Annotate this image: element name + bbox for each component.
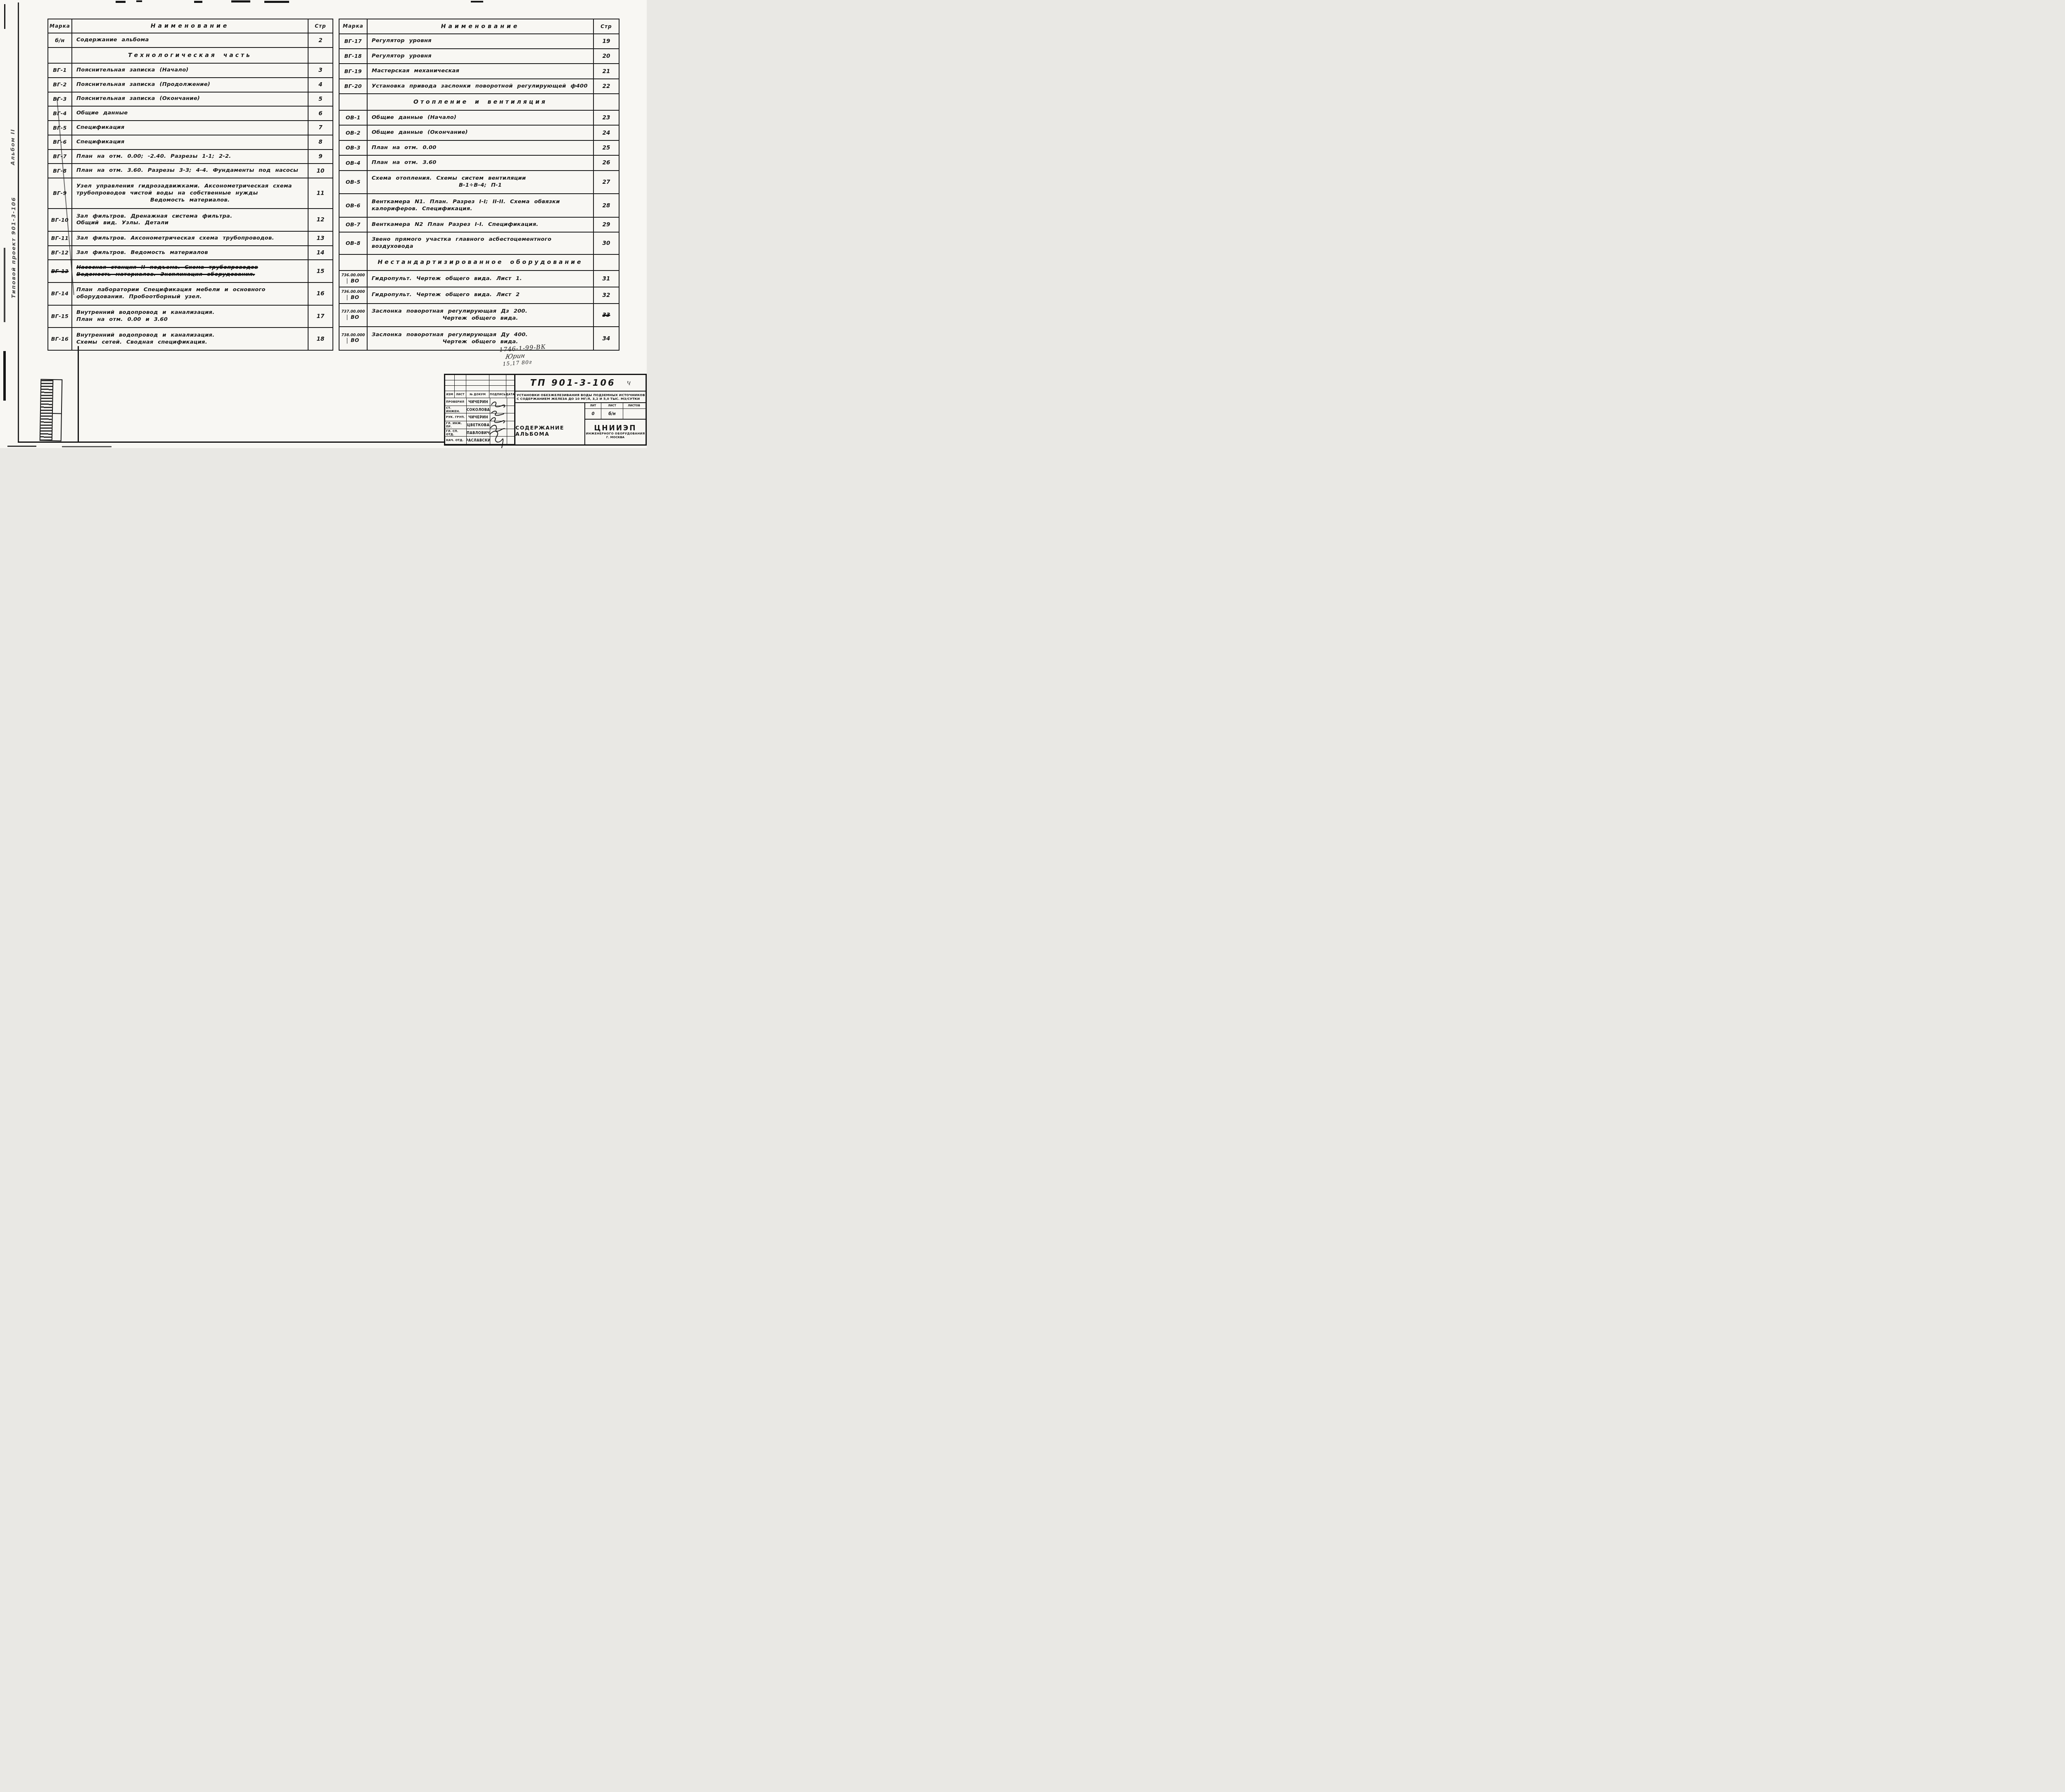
signature-role: Ст. инжен.: [445, 406, 467, 413]
row-name-line: План на отм. 0.00; -2.40. Разрезы 1-1; 2…: [76, 153, 304, 160]
row-name-line: Схема отопления. Схемы систем вентиляции: [372, 175, 589, 182]
row-mark: ВГ-11: [48, 232, 72, 245]
row-name-line: Узел управления гидрозадвижками. Аксоном…: [76, 183, 304, 190]
table-row: ВГ-16Внутренний водопровод и канализация…: [48, 327, 332, 350]
row-mark: ВГ-20: [339, 79, 368, 93]
row-page-number: 19: [593, 34, 619, 48]
table-row: ОВ-6Венткамера N1. План. Разрез I-I; II-…: [339, 193, 619, 217]
row-mark-suffix: ВО: [347, 278, 359, 284]
grid-header-cell: № ДОКУМ: [466, 391, 490, 398]
row-name-line: План на отм. 3.60. Разрезы 3-3; 4-4. Фун…: [76, 167, 304, 174]
table-row: ВГ-14План лаборатории Спецификация мебел…: [48, 282, 332, 305]
row-page-number: 18: [308, 328, 332, 350]
row-mark: ОВ-1: [339, 111, 368, 125]
date-field: [507, 421, 514, 429]
scan-edge-mark: [3, 351, 6, 401]
row-name-line: Венткамера N2 План Разрез I-I. Специфика…: [372, 221, 589, 228]
table-row: ОВ-8Звено прямого участка главного асбес…: [339, 232, 619, 254]
row-name-line: калориферов. Спецификация.: [372, 206, 589, 213]
row-name-line: Внутренний водопровод и канализация.: [76, 309, 304, 316]
row-mark: [339, 94, 368, 110]
row-name: Пояснительная записка (Окончание): [72, 93, 308, 106]
row-mark: ВГ-3: [48, 93, 72, 106]
section-title: Нестандартизированное оборудование: [372, 259, 589, 266]
row-name: Пояснительная записка (Продолжение): [72, 78, 308, 92]
row-name: Мастерская механическая: [368, 64, 593, 78]
row-name-line: Чертеж общего вида.: [372, 315, 589, 322]
table-row: 736.00.000ВОГидропульт. Чертеж общего ви…: [339, 270, 619, 287]
title-block-bottom: Содержание альбома ЛИТЛИСТЛИСТОВ0б/н ЦНИ…: [515, 403, 646, 444]
row-name-line: Пояснительная записка (Продолжение): [76, 81, 304, 88]
side-stamp-text-stripes: [40, 380, 52, 440]
row-mark: ОВ-5: [339, 171, 368, 194]
empty-grid-cell: [489, 375, 506, 380]
signature-name: Цветкова: [467, 421, 490, 429]
signature-row: ПроверилЧичерин: [445, 398, 514, 406]
row-name: Общие данные (Начало): [368, 111, 593, 125]
grid-header-cells: ИЗМЛИСТ№ ДОКУМПОДПИСЬДАТА: [445, 391, 514, 398]
table-row: 737.00.000ВОЗаслонка поворотная регулиру…: [339, 303, 619, 327]
row-mark: ОВ-6: [339, 194, 368, 217]
row-page-number: 25: [593, 141, 619, 155]
row-name-line: Зал фильтров. Дренажная система фильтра.: [76, 213, 304, 220]
row-name-line: Общие данные (Начало): [372, 114, 589, 121]
row-name-line: Гидропульт. Чертеж общего вида. Лист 1.: [372, 275, 589, 282]
organization-name: ЦНИИЭП: [594, 425, 636, 432]
column-header-name: Наименование: [368, 19, 593, 33]
row-mark: ОВ-7: [339, 218, 368, 232]
table-header-row: МаркаНаименованиеСтр: [48, 19, 332, 33]
row-name-line: Общий вид. Узлы. Детали: [76, 220, 304, 227]
row-mark: ВГ-4: [48, 107, 72, 120]
grid-header-cell: ИЗМ: [445, 391, 455, 398]
row-name: Гидропульт. Чертеж общего вида. Лист 1.: [368, 271, 593, 287]
title-block-signature-grid: ИЗМЛИСТ№ ДОКУМПОДПИСЬДАТА ПроверилЧичери…: [445, 375, 515, 444]
title-block-right: ТП 901-3-106 ч Установки обезжелезивания…: [515, 375, 646, 444]
signature-name: Чичерин: [467, 398, 490, 406]
table-row: ОВ-1Общие данные (Начало)23: [339, 110, 619, 125]
row-mark: 737.00.000ВО: [339, 304, 368, 327]
signature-name: Соколова: [467, 406, 490, 413]
row-page-number: 14: [308, 246, 332, 260]
empty-grid-cell: [445, 386, 455, 391]
column-header-name: Наименование: [72, 19, 308, 33]
signature-role: Рук. груп.: [445, 413, 467, 421]
row-mark: ВГ-7: [48, 150, 72, 164]
row-page-number: 26: [593, 156, 619, 170]
row-mark: ВГ-9: [48, 178, 72, 208]
row-name-line: Спецификация: [76, 124, 304, 131]
column-header-page: Стр: [308, 19, 332, 33]
signature-field: [490, 398, 507, 406]
row-mark: 736.00.000ВО: [339, 287, 368, 303]
scan-smudge: [264, 1, 289, 3]
row-name: Общие данные (Окончание): [368, 126, 593, 140]
row-page-number: 22: [593, 79, 619, 93]
row-mark: ВГ-16: [48, 328, 72, 350]
row-name-line: Содержание альбома: [76, 37, 304, 44]
row-page-number: [593, 255, 619, 271]
row-mark-code: 737.00.000: [342, 310, 365, 314]
lit-grid-header-cell: ЛИСТОВ: [623, 403, 645, 408]
table-row: ВГ-5Спецификация7: [48, 120, 332, 135]
empty-grid-cell: [466, 386, 490, 391]
side-stamp-blank: [52, 380, 62, 440]
row-name-line: Регулятор уровня: [372, 38, 589, 45]
lit-grid-values: 0б/н: [585, 409, 646, 419]
row-mark-suffix: ВО: [347, 315, 359, 320]
row-name-line: Ведомость материалов. Экспликация оборуд…: [76, 271, 304, 278]
row-name: Пояснительная записка (Начало): [72, 64, 308, 77]
signature-field: [490, 421, 507, 429]
frame-left-line: [18, 2, 19, 441]
empty-grid-row: [445, 386, 514, 391]
row-name-line: План на отм. 3.60: [372, 159, 589, 166]
table-row: 738.00.000ВОЗаслонка поворотная регулиру…: [339, 326, 619, 350]
row-name-line: Звено прямого участка главного асбестоце…: [372, 236, 589, 250]
signature-row: Нач. отд.Браславский: [445, 437, 514, 444]
table-row: ВГ-12Зал фильтров. Ведомость материалов1…: [48, 245, 332, 260]
row-page-number: 32: [593, 287, 619, 303]
row-page-number: [593, 94, 619, 110]
row-name-line: План на отм. 0.00 и 3.60: [76, 316, 304, 323]
lit-list-listov-grid: ЛИТЛИСТЛИСТОВ0б/н: [585, 403, 646, 420]
row-mark: ВГ-5: [48, 121, 72, 135]
sheet-title: Содержание альбома: [515, 425, 584, 437]
row-page-number: 15: [308, 260, 332, 282]
empty-grid-cell: [455, 380, 466, 385]
date-field: [507, 413, 514, 421]
row-name-line: трубопроводов чистой воды на собственные…: [76, 190, 304, 197]
row-name-line: Гидропульт. Чертеж общего вида. Лист 2: [372, 292, 589, 299]
lit-grid-header-cell: ЛИТ: [585, 403, 601, 408]
signature-field: [490, 406, 507, 413]
row-name-line: Пояснительная записка (Окончание): [76, 95, 304, 102]
scan-edge-mark: [4, 248, 5, 322]
margin-project-label: Типовой проект 901-3-106: [11, 197, 17, 298]
row-name: Венткамера N1. План. Разрез I-I; II-II. …: [368, 194, 593, 217]
table-row: ОВ-2Общие данные (Окончание)24: [339, 125, 619, 140]
lit-grid-value-cell: 0: [585, 409, 601, 419]
row-name-line: Пояснительная записка (Начало): [76, 67, 304, 74]
row-name-line: Венткамера N1. План. Разрез I-I; II-II. …: [372, 199, 589, 206]
row-page-number: 29: [593, 218, 619, 232]
frame-corner-line: [78, 346, 79, 442]
row-page-number: 5: [308, 93, 332, 106]
row-mark: ОВ-2: [339, 126, 368, 140]
signature-row: Ст. инжен.Соколова: [445, 406, 514, 414]
row-name: Нестандартизированное оборудование: [368, 255, 593, 271]
grid-header-row: ИЗМЛИСТ№ ДОКУМПОДПИСЬДАТА: [445, 391, 514, 398]
table-row: ВГ-15Внутренний водопровод и канализация…: [48, 305, 332, 328]
handwritten-mark: ч: [626, 378, 631, 387]
section-row: Отопление и вентиляция: [339, 93, 619, 110]
row-name: Зал фильтров. Аксонометрическая схема тр…: [72, 232, 308, 245]
row-page-number: 23: [593, 111, 619, 125]
empty-grid-cell: [455, 386, 466, 391]
signature-row: Рук. груп.Чичерин: [445, 413, 514, 421]
row-mark: ВГ-12: [48, 246, 72, 260]
signature-name: Павлович: [467, 429, 490, 437]
row-name: Технологическая часть: [72, 48, 308, 63]
row-name: Отопление и вентиляция: [368, 94, 593, 110]
grid-header-cell: ДАТА: [506, 391, 514, 398]
row-name: План на отм. 0.00: [368, 141, 593, 155]
row-name: Содержание альбома: [72, 33, 308, 47]
row-mark-code: 736.00.000: [342, 290, 365, 294]
organization-city: г. Москва: [606, 436, 624, 439]
empty-grid-cell: [445, 375, 455, 380]
scanned-sheet: Альбом II Типовой проект 901-3-106 Марка…: [0, 0, 647, 448]
row-name-line: Мастерская механическая: [372, 68, 589, 75]
table-row: ВГ-9Узел управления гидрозадвижками. Акс…: [48, 178, 332, 208]
row-name-line: Общие данные (Окончание): [372, 129, 589, 136]
row-page-number: 12: [308, 209, 332, 231]
row-name: Гидропульт. Чертеж общего вида. Лист 2: [368, 287, 593, 303]
row-page-number: 4: [308, 78, 332, 92]
column-header-mark: Марка: [48, 19, 72, 33]
date-field: [507, 406, 514, 413]
row-mark: ВГ-17: [339, 34, 368, 48]
row-name: Узел управления гидрозадвижками. Аксоном…: [72, 178, 308, 208]
table-row: ВГ-6Спецификация8: [48, 135, 332, 149]
row-name-line: Насосная станция II подъема. Схема трубо…: [76, 264, 304, 271]
row-page-number: 9: [308, 150, 332, 164]
date-field: [507, 398, 514, 406]
row-name-line: Общие данные: [76, 110, 304, 117]
row-name-line: Заслонка поворотная регулирующая Дз 200.: [372, 308, 589, 315]
grid-header-cell: ЛИСТ: [455, 391, 466, 398]
empty-grid-cell: [489, 386, 506, 391]
row-mark: ВГ-2: [48, 78, 72, 92]
row-name: Регулятор уровня: [368, 34, 593, 48]
empty-grid-cell: [466, 375, 490, 380]
signature-row: Гл. инж. пр.Цветкова: [445, 421, 514, 429]
scan-smudge: [194, 1, 202, 3]
empty-grid-cell: [506, 380, 514, 385]
row-mark: ВГ-8: [48, 164, 72, 178]
empty-grid-cell: [445, 380, 455, 385]
row-mark: ВГ-18: [339, 49, 368, 63]
row-mark: ВГ-6: [48, 135, 72, 149]
row-name-line: Установка привода заслонки поворотной ре…: [372, 83, 589, 90]
row-page-number: 20: [593, 49, 619, 63]
row-name: Внутренний водопровод и канализация.План…: [72, 306, 308, 328]
row-page-number: 30: [593, 233, 619, 254]
empty-grid-cell: [455, 375, 466, 380]
scan-bottom-mark: [7, 446, 36, 447]
row-name: Спецификация: [72, 135, 308, 149]
margin-album-label: Альбом II: [10, 128, 16, 165]
row-mark-suffix: ВО: [347, 295, 359, 300]
row-mark-code: 736.00.000: [342, 274, 365, 278]
signature-role: Гл. инж. пр.: [445, 421, 467, 429]
signature-row: Гл. сп. отд.Павлович: [445, 429, 514, 437]
table-row: ВГ-11Зал фильтров. Аксонометрическая схе…: [48, 231, 332, 245]
row-mark: [48, 48, 72, 63]
row-name: План на отм. 3.60: [368, 156, 593, 170]
row-name: Заслонка поворотная регулирующая Дз 200.…: [368, 304, 593, 327]
side-stamp: [40, 379, 63, 441]
table-row: ВГ-19Мастерская механическая21: [339, 63, 619, 78]
row-page-number: 28: [593, 194, 619, 217]
row-name: Внутренний водопровод и канализация.Схем…: [72, 328, 308, 350]
row-page-number: [308, 48, 332, 63]
row-name: План на отм. 3.60. Разрезы 3-3; 4-4. Фун…: [72, 164, 308, 178]
grid-header-cell: ПОДПИСЬ: [489, 391, 506, 398]
title-block: ИЗМЛИСТ№ ДОКУМПОДПИСЬДАТА ПроверилЧичери…: [444, 374, 647, 446]
table-header-row: МаркаНаименованиеСтр: [339, 19, 619, 33]
signature-role: Гл. сп. отд.: [445, 429, 467, 437]
column-header-mark: Марка: [339, 19, 368, 33]
row-mark-suffix: ВО: [347, 338, 359, 343]
contents-table-left: МаркаНаименованиеСтрб/нСодержание альбом…: [47, 19, 333, 351]
table-row: ВГ-3Пояснительная записка (Окончание)5: [48, 92, 332, 106]
row-name: План лаборатории Спецификация мебели и о…: [72, 283, 308, 305]
signature-rows: ПроверилЧичеринСт. инжен.СоколоваРук. гр…: [445, 398, 514, 444]
section-row: Нестандартизированное оборудование: [339, 254, 619, 271]
row-mark: ОВ-3: [339, 141, 368, 155]
row-name: Заслонка поворотная регулирующая Ду 400.…: [368, 327, 593, 350]
signature-field: [490, 429, 507, 437]
contents-table-right: МаркаНаименованиеСтрВГ-17Регулятор уровн…: [339, 19, 619, 351]
row-mark: б/н: [48, 33, 72, 47]
row-name: Спецификация: [72, 121, 308, 135]
organization-subtitle: инженерного оборудования: [586, 432, 645, 436]
row-mark-code: 738.00.000: [342, 334, 365, 338]
row-name: Общие данные: [72, 107, 308, 120]
empty-grid-cell: [506, 386, 514, 391]
row-mark: ВГ-19: [339, 64, 368, 78]
row-page-number: 11: [308, 178, 332, 208]
row-name: Установка привода заслонки поворотной ре…: [368, 79, 593, 93]
signature-field: [490, 413, 507, 421]
row-mark: ВГ-15: [48, 306, 72, 328]
signature-name: Чичерин: [467, 413, 490, 421]
row-mark: ВГ-13: [48, 260, 72, 282]
row-name-line: Заслонка поворотная регулирующая Ду 400.: [372, 332, 589, 339]
table-row: 736.00.000ВОГидропульт. Чертеж общего ви…: [339, 287, 619, 303]
document-number: ТП 901-3-106: [530, 378, 616, 388]
row-page-number: 7: [308, 121, 332, 135]
row-page-number: 16: [308, 283, 332, 305]
table-row: ВГ-10Зал фильтров. Дренажная система фил…: [48, 208, 332, 231]
row-page-number: 10: [308, 164, 332, 178]
row-name-line: Чертеж общего вида.: [372, 339, 589, 346]
section-title: Отопление и вентиляция: [372, 98, 589, 106]
lit-grid-header-cell: ЛИСТ: [601, 403, 623, 408]
empty-grid-cell: [506, 375, 514, 380]
row-page-number: 21: [593, 64, 619, 78]
row-mark: ОВ-8: [339, 233, 368, 254]
row-page-number: 27: [593, 171, 619, 194]
table-row: ОВ-3План на отм. 0.0025: [339, 140, 619, 155]
row-page-number: 24: [593, 126, 619, 140]
lit-grid-value-cell: б/н: [601, 409, 623, 419]
date-field: [507, 429, 514, 437]
table-row: ВГ-7План на отм. 0.00; -2.40. Разрезы 1-…: [48, 149, 332, 164]
table-row: ВГ-17Регулятор уровня19: [339, 33, 619, 48]
row-name-line: Зал фильтров. Ведомость материалов: [76, 249, 304, 256]
signature-field: [490, 437, 507, 444]
row-page-number: 13: [308, 232, 332, 245]
sheet-title-cell: Содержание альбома: [515, 403, 585, 444]
section-title: Технологическая часть: [76, 52, 304, 59]
table-row: ВГ-13Насосная станция II подъема. Схема …: [48, 259, 332, 282]
row-page-number: 17: [308, 306, 332, 328]
row-name: Звено прямого участка главного асбестоце…: [368, 233, 593, 254]
empty-grid-row: [445, 375, 514, 380]
row-mark: [339, 255, 368, 271]
row-name-line: Спецификация: [76, 139, 304, 146]
row-name-line: Внутренний водопровод и канализация.: [76, 332, 304, 339]
date-field: [507, 437, 514, 444]
row-name: Зал фильтров. Дренажная система фильтра.…: [72, 209, 308, 231]
row-name: План на отм. 0.00; -2.40. Разрезы 1-1; 2…: [72, 150, 308, 164]
table-row: ВГ-8План на отм. 3.60. Разрезы 3-3; 4-4.…: [48, 163, 332, 178]
scan-smudge: [116, 1, 126, 3]
row-name: Схема отопления. Схемы систем вентиляции…: [368, 171, 593, 194]
column-header-page: Стр: [593, 19, 619, 33]
row-mark: ОВ-4: [339, 156, 368, 170]
table-row: ОВ-5Схема отопления. Схемы систем вентил…: [339, 170, 619, 194]
row-name-line: Ведомость материалов.: [76, 197, 304, 204]
row-page-number: 8: [308, 135, 332, 149]
project-title-line: Установки обезжелезивания воды подземных…: [517, 393, 644, 397]
row-name: Венткамера N2 План Разрез I-I. Специфика…: [368, 218, 593, 232]
scan-bottom-mark: [62, 446, 112, 447]
row-page-number: 2: [308, 33, 332, 47]
empty-grid-cell: [489, 380, 506, 385]
lit-grid-header: ЛИТЛИСТЛИСТОВ: [585, 403, 646, 409]
scan-smudge: [471, 1, 483, 2]
section-row: Технологическая часть: [48, 47, 332, 63]
row-mark: ВГ-10: [48, 209, 72, 231]
empty-grid-cell: [466, 380, 490, 385]
project-title-block: Установки обезжелезивания воды подземных…: [515, 392, 646, 403]
empty-grid-row: [445, 380, 514, 386]
table-row: ОВ-4План на отм. 3.6026: [339, 155, 619, 170]
row-page-number: 34: [593, 327, 619, 350]
row-name: Зал фильтров. Ведомость материалов: [72, 246, 308, 260]
lit-grid-value-cell: [623, 409, 645, 419]
row-page-number: 6: [308, 107, 332, 120]
scan-smudge: [136, 0, 142, 2]
row-name-line: Схемы сетей. Сводная спецификация.: [76, 339, 304, 346]
table-row: б/нСодержание альбома2: [48, 33, 332, 47]
scan-smudge: [231, 0, 250, 2]
table-row: ВГ-2Пояснительная записка (Продолжение)4: [48, 77, 332, 92]
empty-grid-rows: [445, 375, 514, 391]
table-row: ВГ-4Общие данные6: [48, 106, 332, 120]
row-page-number: 31: [593, 271, 619, 287]
project-title-line: с содержанием железа до 10 мг/л, 3,2 и 5…: [517, 397, 644, 401]
row-name-line: План лаборатории Спецификация мебели и о…: [76, 287, 304, 294]
row-name: Регулятор уровня: [368, 49, 593, 63]
scan-edge-mark: [4, 4, 5, 29]
row-mark: ВГ-14: [48, 283, 72, 305]
row-page-number: 3: [308, 64, 332, 77]
row-name-line: оборудования. Пробоотборный узел.: [76, 294, 304, 301]
row-page-number: 33: [593, 304, 619, 327]
signature-role: Проверил: [445, 398, 467, 406]
row-name-line: Зал фильтров. Аксонометрическая схема тр…: [76, 235, 304, 242]
row-name-line: Регулятор уровня: [372, 53, 589, 60]
row-mark: 736.00.000ВО: [339, 271, 368, 287]
row-name-line: В-1÷В-4; П-1: [372, 182, 589, 189]
organization-block: ЦНИИЭП инженерного оборудования г. Москв…: [585, 420, 646, 444]
organization-cell: ЛИТЛИСТЛИСТОВ0б/н ЦНИИЭП инженерного обо…: [585, 403, 646, 444]
